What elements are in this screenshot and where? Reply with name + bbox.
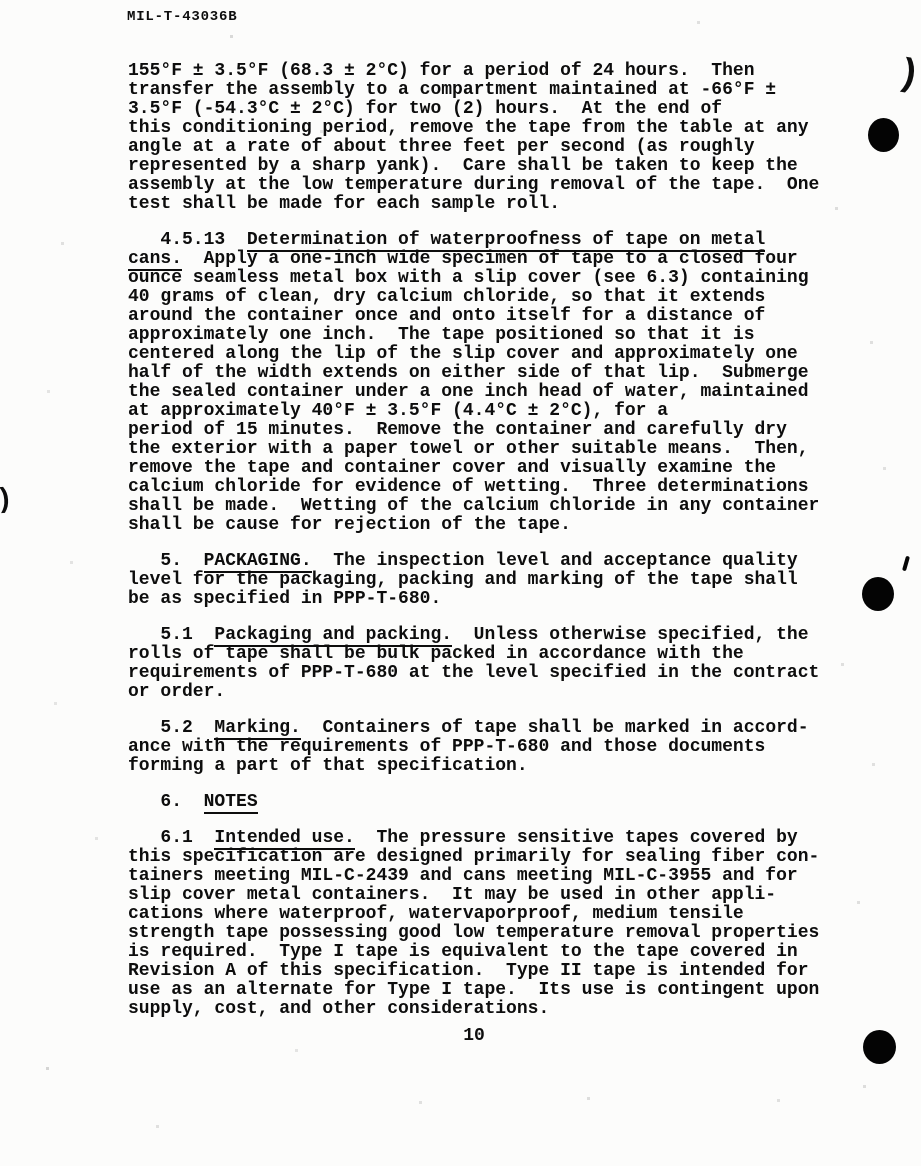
document-id-header: MIL-T-43036B	[127, 9, 237, 25]
text-line: level for the packaging, packing and mar…	[128, 571, 819, 590]
text-line: around the container once and onto itsel…	[128, 307, 819, 326]
text-line: cans. Apply a one-inch wide specimen of …	[128, 250, 819, 269]
paragraph: 5.1 Packaging and packing. Unless otherw…	[128, 626, 819, 702]
text-line: ance with the requirements of PPP-T-680 …	[128, 738, 819, 757]
paragraph: 6.1 Intended use. The pressure sensitive…	[128, 829, 819, 1019]
text-line: represented by a sharp yank). Care shall…	[128, 157, 819, 176]
text-line: calcium chloride for evidence of wetting…	[128, 478, 819, 497]
text-line: remove the tape and container cover and …	[128, 459, 819, 478]
paragraph: 6. NOTES	[128, 793, 819, 812]
text-line: transfer the assembly to a compartment m…	[128, 81, 819, 100]
text-line: approximately one inch. The tape positio…	[128, 326, 819, 345]
text-line: shall be cause for rejection of the tape…	[128, 516, 819, 535]
text-line: 155°F ± 3.5°F (68.3 ± 2°C) for a period …	[128, 62, 819, 81]
text-line: be as specified in PPP-T-680.	[128, 590, 819, 609]
text-line: at approximately 40°F ± 3.5°F (4.4°C ± 2…	[128, 402, 819, 421]
text-line: assembly at the low temperature during r…	[128, 176, 819, 195]
ink-dot-icon	[862, 577, 894, 611]
text-line: half of the width extends on either side…	[128, 364, 819, 383]
paragraph: 5.2 Marking. Containers of tape shall be…	[128, 719, 819, 776]
text-line: use as an alternate for Type I tape. Its…	[128, 981, 819, 1000]
text-line: slip cover metal containers. It may be u…	[128, 886, 819, 905]
stray-paren-mark-icon: )	[894, 55, 921, 96]
text-line: angle at a rate of about three feet per …	[128, 138, 819, 157]
text-line: ounce seamless metal box with a slip cov…	[128, 269, 819, 288]
paragraph: 5. PACKAGING. The inspection level and a…	[128, 552, 819, 609]
scan-noise	[0, 0, 1, 1]
text-line: 6.1 Intended use. The pressure sensitive…	[128, 829, 819, 848]
text-line: period of 15 minutes. Remove the contain…	[128, 421, 819, 440]
text-line: strength tape possessing good low temper…	[128, 924, 819, 943]
text-line: this conditioning period, remove the tap…	[128, 119, 819, 138]
text-line: 3.5°F (-54.3°C ± 2°C) for two (2) hours.…	[128, 100, 819, 119]
text-line: the sealed container under a one inch he…	[128, 383, 819, 402]
text-line: test shall be made for each sample roll.	[128, 195, 819, 214]
text-line: Revision A of this specification. Type I…	[128, 962, 819, 981]
text-line: forming a part of that specification.	[128, 757, 819, 776]
text-line: 4.5.13 Determination of waterproofness o…	[128, 231, 819, 250]
text-line: 5.2 Marking. Containers of tape shall be…	[128, 719, 819, 738]
stray-paren-mark-icon: )	[0, 486, 14, 515]
text-line: shall be made. Wetting of the calcium ch…	[128, 497, 819, 516]
page-number: 10	[128, 1026, 820, 1046]
text-line: tainers meeting MIL-C-2439 and cans meet…	[128, 867, 819, 886]
text-line: this specification are designed primaril…	[128, 848, 819, 867]
text-line: is required. Type I tape is equivalent t…	[128, 943, 819, 962]
text-line: 40 grams of clean, dry calcium chloride,…	[128, 288, 819, 307]
ink-dot-icon	[868, 118, 899, 152]
text-line: cations where waterproof, watervaporproo…	[128, 905, 819, 924]
text-line: rolls of tape shall be bulk packed in ac…	[128, 645, 819, 664]
text-line: or order.	[128, 683, 819, 702]
stray-tick-mark-icon	[902, 556, 910, 572]
paragraph: 155°F ± 3.5°F (68.3 ± 2°C) for a period …	[128, 62, 819, 214]
ink-dot-icon	[863, 1030, 896, 1064]
scanned-document-page: MIL-T-43036B 155°F ± 3.5°F (68.3 ± 2°C) …	[0, 0, 921, 1166]
text-line: centered along the lip of the slip cover…	[128, 345, 819, 364]
paragraph: 4.5.13 Determination of waterproofness o…	[128, 231, 819, 535]
text-line: 6. NOTES	[128, 793, 819, 812]
text-line: supply, cost, and other considerations.	[128, 1000, 819, 1019]
text-line: 5.1 Packaging and packing. Unless otherw…	[128, 626, 819, 645]
text-line: requirements of PPP-T-680 at the level s…	[128, 664, 819, 683]
text-line: the exterior with a paper towel or other…	[128, 440, 819, 459]
text-line: 5. PACKAGING. The inspection level and a…	[128, 552, 819, 571]
document-body: 155°F ± 3.5°F (68.3 ± 2°C) for a period …	[128, 62, 819, 1036]
